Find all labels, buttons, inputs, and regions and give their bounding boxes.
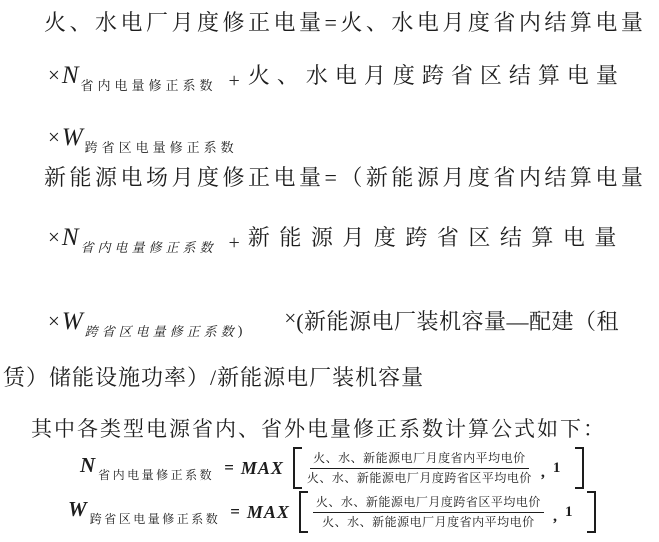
variable-n: N — [62, 62, 79, 89]
number-one: 1 — [553, 460, 561, 477]
subscript-cross-province-coefficient: 跨省区电量修正系数 — [90, 512, 221, 526]
right-bracket — [575, 447, 584, 489]
formula-n-max: N省内电量修正系数 = MAX 火、水、新能源电厂月度省内平均电价 火、水、新能… — [80, 447, 584, 489]
formula-w-max: W跨省区电量修正系数 = MAX 火、水、新能源电厂月度跨省区平均电价 火、水、… — [68, 491, 596, 533]
subscript-cross-province-coefficient: 跨省区电量修正系数 — [85, 140, 238, 155]
fraction: 火、水、新能源电厂月度跨省区平均电价 火、水、新能源电厂月度省内平均电价 — [313, 494, 544, 529]
formula-line-w-coefficient-thermal: ×W跨省区电量修正系数 — [48, 122, 238, 163]
equals-sign: = — [230, 502, 240, 522]
fraction-numerator: 火、水、新能源电厂月度省内平均电价 — [310, 450, 529, 468]
variable-w: W — [62, 308, 83, 335]
multiply-sign: × — [284, 306, 296, 330]
formula-tail-text: 火、水电月度跨省区结算电量 — [248, 63, 625, 88]
subscript-in-province-coefficient: 省内电量修正系数 — [81, 240, 217, 255]
subscript-in-province-coefficient: 省内电量修正系数 — [98, 468, 214, 482]
formula-line-n-coefficient-new-energy: ×N省内电量修正系数+新能源月度跨省区结算电量 — [48, 222, 626, 263]
fraction-denominator: 火、水、新能源电厂月度省内平均电价 — [322, 513, 535, 530]
left-bracket — [299, 491, 308, 533]
comma: , — [553, 508, 557, 526]
fraction-numerator: 火、水、新能源电厂月度跨省区平均电价 — [313, 494, 544, 512]
multiply-sign: × — [48, 63, 60, 87]
plus-sign: + — [229, 70, 240, 92]
multiply-sign: × — [48, 225, 60, 249]
multiply-sign: × — [48, 309, 60, 333]
variable-n: N — [62, 224, 79, 251]
fraction: 火、水、新能源电厂月度省内平均电价 火、水、新能源电厂月度跨省区平均电价 — [307, 450, 532, 485]
subscript-in-province-coefficient: 省内电量修正系数 — [81, 78, 217, 93]
number-one: 1 — [565, 504, 573, 521]
variable-w: W — [68, 497, 87, 521]
formula-line-capacity-continuation: 赁）储能设施功率）/新能源电厂装机容量 — [3, 363, 424, 393]
formula-line-n-coefficient-thermal: ×N省内电量修正系数+火、水电月度跨省区结算电量 — [48, 60, 625, 101]
formula-line-w-coefficient-new-energy: ×W跨省区电量修正系数)×(新能源电厂装机容量—配建（租 — [48, 303, 619, 347]
max-operator: MAX — [241, 458, 284, 479]
comma: , — [541, 464, 545, 482]
right-bracket — [587, 491, 596, 533]
close-paren: ) — [238, 324, 243, 339]
subscript-cross-province-coefficient: 跨省区电量修正系数 — [85, 324, 238, 339]
capacity-expression-text: (新能源电厂装机容量—配建（租 — [296, 309, 619, 334]
variable-n: N — [80, 453, 95, 477]
variable-group: N省内电量修正系数 — [80, 453, 214, 483]
variable-w: W — [62, 124, 83, 151]
fraction-denominator: 火、水、新能源电厂月度跨省区平均电价 — [307, 469, 532, 486]
left-bracket — [293, 447, 302, 489]
document-page: 火、水电厂月度修正电量=火、水电月度省内结算电量 ×N省内电量修正系数+火、水电… — [0, 0, 659, 542]
formula-line-new-energy-definition: 新能源电场月度修正电量=（新能源月度省内结算电量 — [44, 163, 646, 193]
max-operator: MAX — [247, 502, 290, 523]
paragraph-coefficient-intro: 其中各类型电源省内、省外电量修正系数计算公式如下： — [31, 414, 606, 444]
multiply-sign: × — [48, 125, 60, 149]
formula-line-thermal-hydro-definition: 火、水电厂月度修正电量=火、水电月度省内结算电量 — [44, 8, 646, 38]
variable-group: W跨省区电量修正系数 — [68, 497, 220, 527]
equals-sign: = — [224, 458, 234, 478]
plus-sign: + — [229, 232, 240, 254]
formula-tail-text: 新能源月度跨省区结算电量 — [248, 225, 626, 250]
